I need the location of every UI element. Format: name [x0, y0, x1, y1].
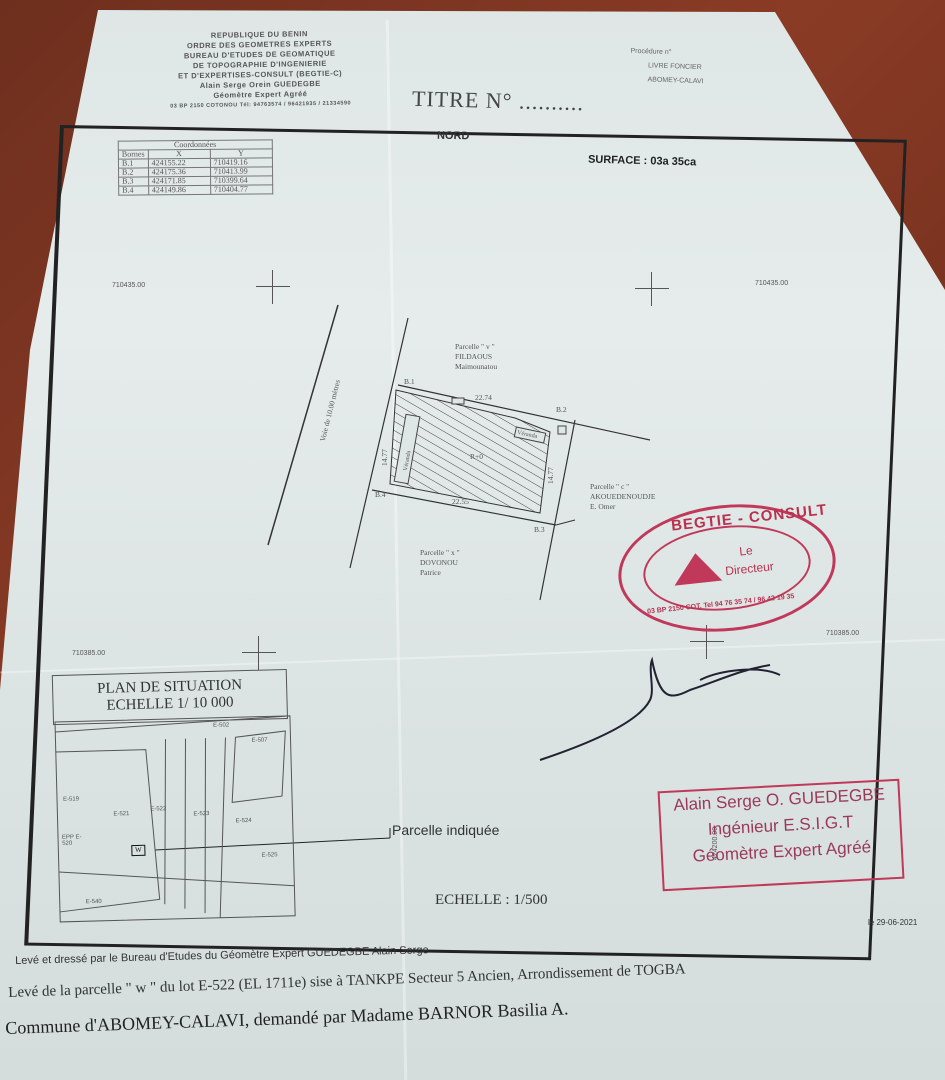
neighbor-line: Patrice [420, 568, 460, 578]
plan-scale: ECHELLE : 1/500 [435, 892, 548, 909]
lot-label: E-525 [261, 852, 277, 858]
lot-label: E-519 [63, 796, 79, 802]
document-date: le 29-06-2021 [868, 918, 917, 927]
neighbor-line: Parcelle " c " [590, 482, 655, 492]
situation-title: PLAN DE SITUATION ECHELLE 1/ 10 000 [52, 669, 288, 725]
lot-label: E-524 [236, 818, 252, 824]
lot-label: E-540 [86, 899, 102, 905]
neighbor-line: Maimounatou [455, 362, 497, 372]
borne-label: B.4 [375, 490, 386, 500]
lot-label: E-502 [213, 722, 229, 728]
surveyor-stamp: Alain Serge O. GUEDEGBE Ingénieur E.S.I.… [658, 779, 905, 892]
neighbor-line: Parcelle " v " [455, 342, 497, 352]
dimension-label: 14.77 [380, 449, 390, 466]
pyramid-logo-icon [671, 551, 722, 586]
borne-label: B.2 [556, 405, 567, 415]
borne-label: B.1 [404, 377, 415, 387]
lot-label: EPP E-520 [62, 834, 86, 847]
borne-label: B.3 [534, 525, 545, 535]
neighbor-line: AKOUEDENOUDJE [590, 492, 655, 502]
lot-label: E-521 [113, 811, 129, 817]
dimension-label: 22.74 [475, 393, 492, 403]
lot-label: E-522 [150, 806, 166, 812]
stamp-text: Le [739, 543, 754, 558]
neighbor-north: Parcelle " v " FILDAOUS Maimounatou [455, 342, 497, 372]
parcel-marker: W [131, 845, 145, 856]
lot-label: E-523 [193, 811, 209, 817]
lot-label: E-507 [251, 737, 267, 743]
neighbor-south: Parcelle " x " DOVONOU Patrice [420, 548, 460, 578]
neighbor-east: Parcelle " c " AKOUEDENOUDJE E. Omer [590, 482, 655, 512]
dimension-label: 22.55 [452, 497, 469, 507]
dimension-label: 14.77 [546, 467, 556, 484]
situation-plan: PLAN DE SITUATION ECHELLE 1/ 10 000 E-50… [52, 669, 293, 925]
neighbor-line: DOVONOU [420, 558, 460, 568]
neighbor-line: FILDAOUS [455, 352, 497, 362]
parcel-pointer-label: Parcelle indiquée [392, 822, 499, 838]
neighbor-line: E. Omer [590, 502, 655, 512]
building-label: R+0 [470, 452, 483, 462]
neighbor-line: Parcelle " x " [420, 548, 460, 558]
